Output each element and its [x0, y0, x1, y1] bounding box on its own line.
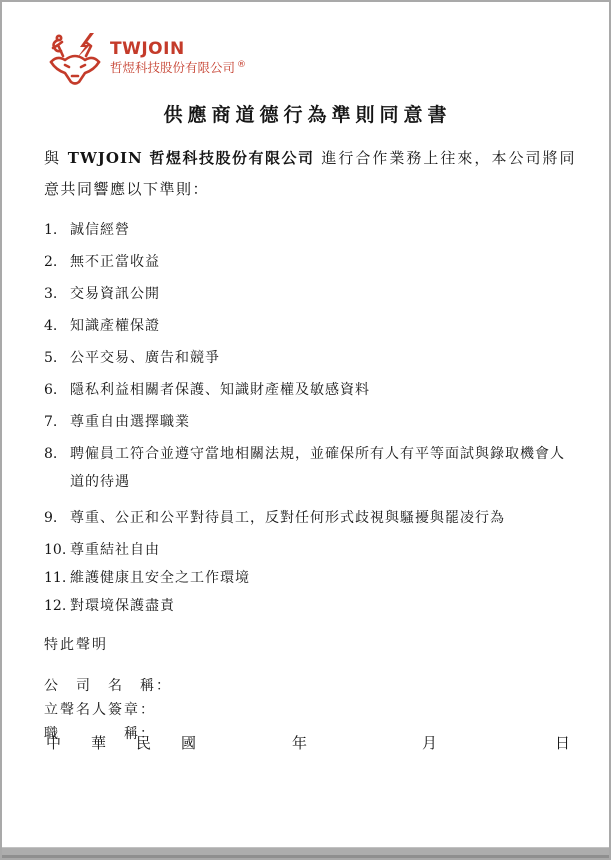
page-bottom-edge	[2, 847, 609, 858]
list-item: 10.尊重結社自由	[44, 540, 571, 560]
registered-mark: ®	[237, 60, 246, 70]
list-item: 7.尊重自由選擇職業	[44, 412, 571, 432]
roc-era-label: 中華民國	[46, 732, 226, 753]
signer-seal-field-label: 立聲名人簽章：	[44, 698, 571, 722]
day-label: 日	[555, 732, 570, 753]
company-logo: TWJOIN 哲煜科技股份有限公司®	[44, 32, 571, 90]
list-item: 9.尊重、公正和公平對待員工，反對任何形式歧視與騷擾與罷凌行為	[44, 508, 571, 528]
list-item: 6.隱私利益相關者保護、知識財產權及敏感資料	[44, 380, 571, 400]
list-item: 5.公平交易、廣告和競爭	[44, 348, 571, 368]
list-item: 1.誠信經營	[44, 220, 571, 240]
document-page: TWJOIN 哲煜科技股份有限公司® 供應商道德行為準則同意書 與 TWJOIN…	[0, 0, 611, 860]
deer-lightning-icon	[44, 32, 106, 86]
list-item: 11.維護健康且安全之工作環境	[44, 568, 571, 588]
intro-paragraph: 與 TWJOIN 哲煜科技股份有限公司 進行合作業務上往來，本公司將同意共同響應…	[44, 143, 576, 205]
document-title: 供應商道德行為準則同意書	[44, 100, 571, 127]
brand-name: TWJOIN	[110, 40, 246, 59]
list-item: 3.交易資訊公開	[44, 284, 571, 304]
date-line: 中華民國 年 月 日	[46, 732, 571, 754]
intro-company-name: TWJOIN 哲煜科技股份有限公司	[68, 149, 315, 167]
list-item: 4.知識產權保證	[44, 316, 571, 336]
list-item: 12.對環境保護盡責	[44, 596, 571, 616]
list-item: 8.聘僱員工符合並遵守當地相關法規，並確保所有人有平等面試與錄取機會人道的待遇	[44, 444, 571, 496]
declaration-statement: 特此聲明	[44, 634, 571, 654]
year-label: 年	[292, 732, 307, 753]
intro-prefix: 與	[44, 149, 68, 167]
principles-list: 1.誠信經營 2.無不正當收益 3.交易資訊公開 4.知識產權保證 5.公平交易…	[44, 220, 571, 616]
brand-company-name: 哲煜科技股份有限公司®	[110, 61, 246, 75]
company-name-field-label: 公 司 名 稱：	[44, 674, 571, 698]
list-item: 2.無不正當收益	[44, 252, 571, 272]
month-label: 月	[422, 732, 437, 753]
